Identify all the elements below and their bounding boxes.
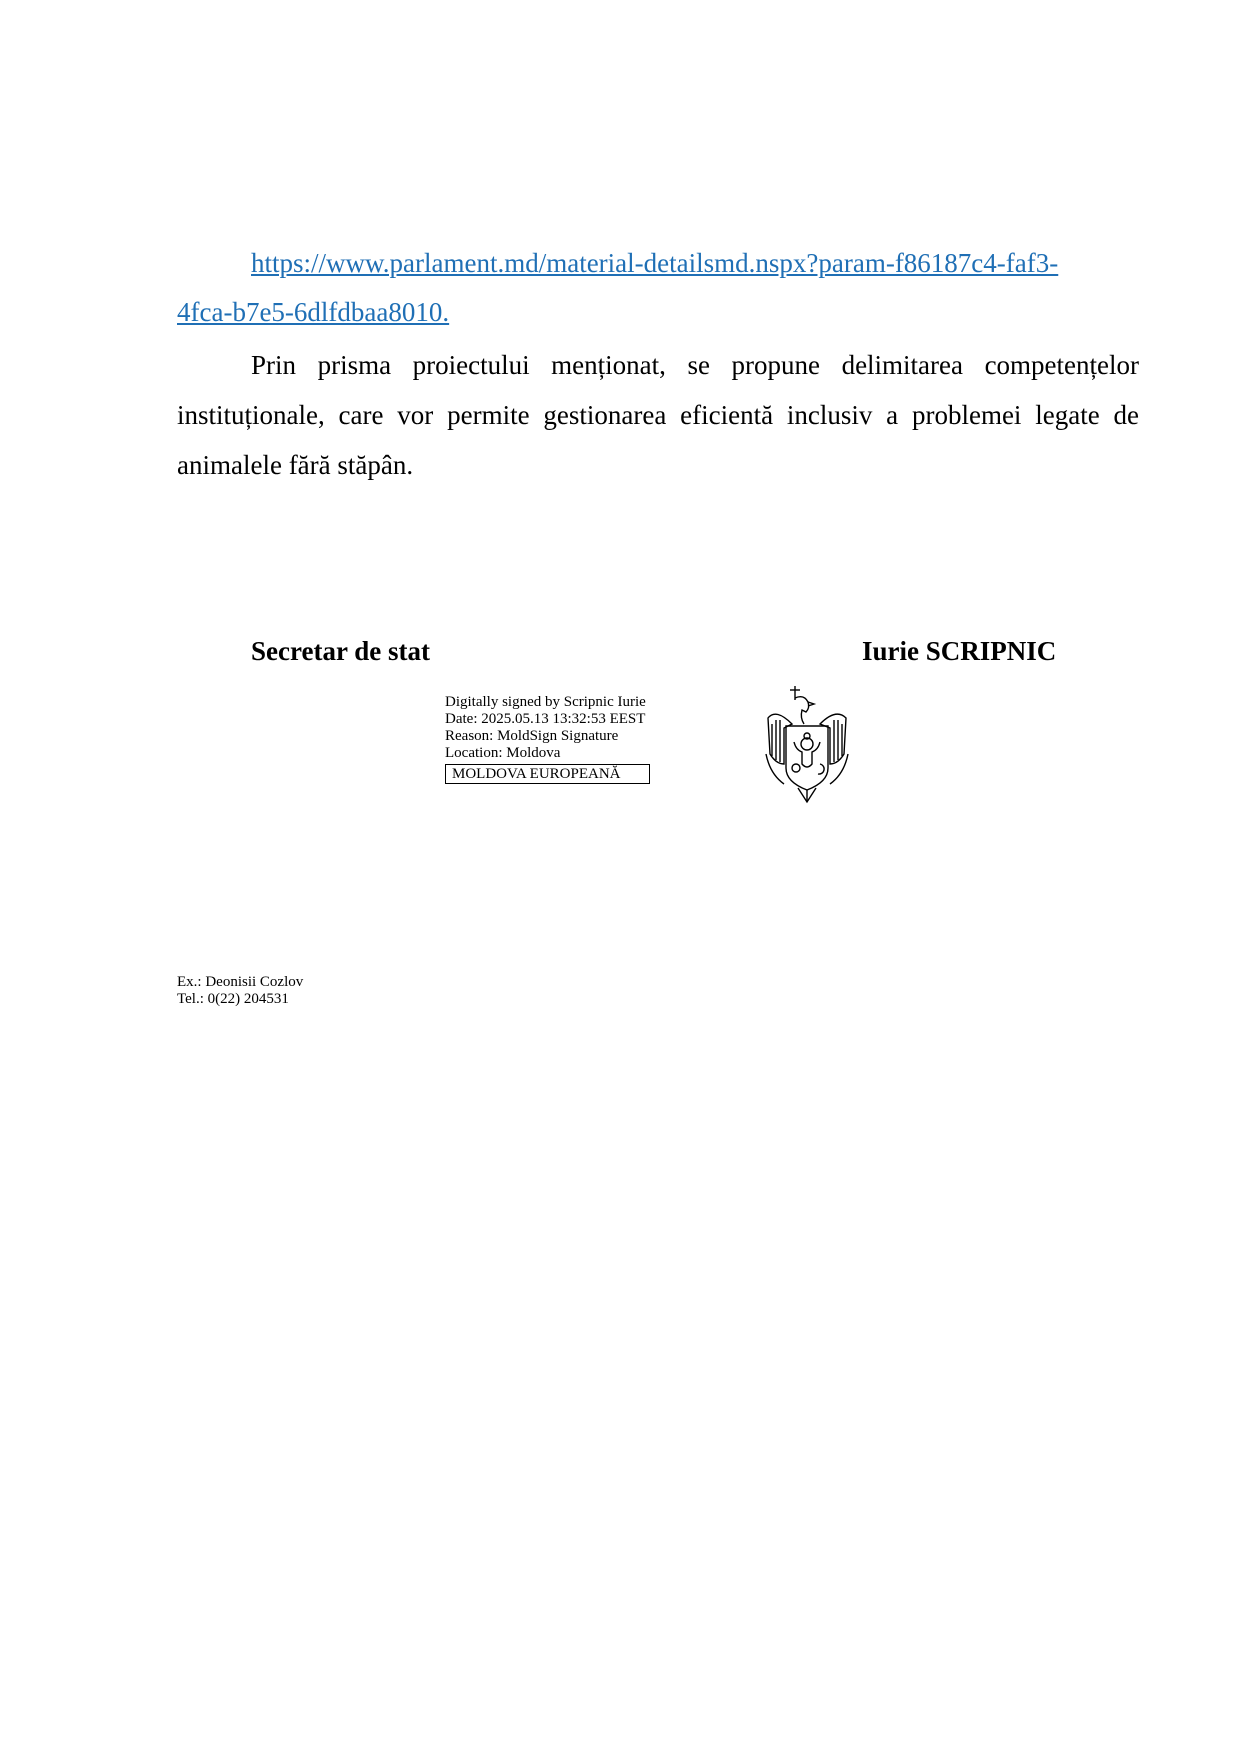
body-paragraph-text: Prin prisma proiectului menționat, se pr… [177, 350, 1139, 480]
document-footer: Ex.: Deonisii Cozlov Tel.: 0(22) 204531 [177, 974, 303, 1008]
stamp-date: Date: 2025.05.13 13:32:53 EEST [445, 711, 650, 728]
signatory-name: Iurie SCRIPNIC [862, 636, 1056, 667]
body-paragraph: Prin prisma proiectului menționat, se pr… [177, 340, 1139, 490]
stamp-label-box: MOLDOVA EUROPEANĂ [445, 764, 650, 784]
digital-signature-stamp: Digitally signed by Scripnic Iurie Date:… [445, 694, 650, 784]
signatory-position: Secretar de stat [251, 636, 430, 667]
executor-name: Ex.: Deonisii Cozlov [177, 974, 303, 991]
stamp-reason: Reason: MoldSign Signature [445, 728, 650, 745]
parliament-link-line1[interactable]: https://www.parlament.md/material-detail… [251, 248, 1058, 279]
parliament-link-line2[interactable]: 4fca-b7e5-6dlfdbaa8010. [177, 297, 449, 328]
document-page: https://www.parlament.md/material-detail… [0, 0, 1241, 1755]
moldova-coat-of-arms-icon [762, 684, 852, 804]
stamp-location: Location: Moldova [445, 745, 650, 762]
stamp-signed-by: Digitally signed by Scripnic Iurie [445, 694, 650, 711]
executor-phone: Tel.: 0(22) 204531 [177, 991, 303, 1008]
